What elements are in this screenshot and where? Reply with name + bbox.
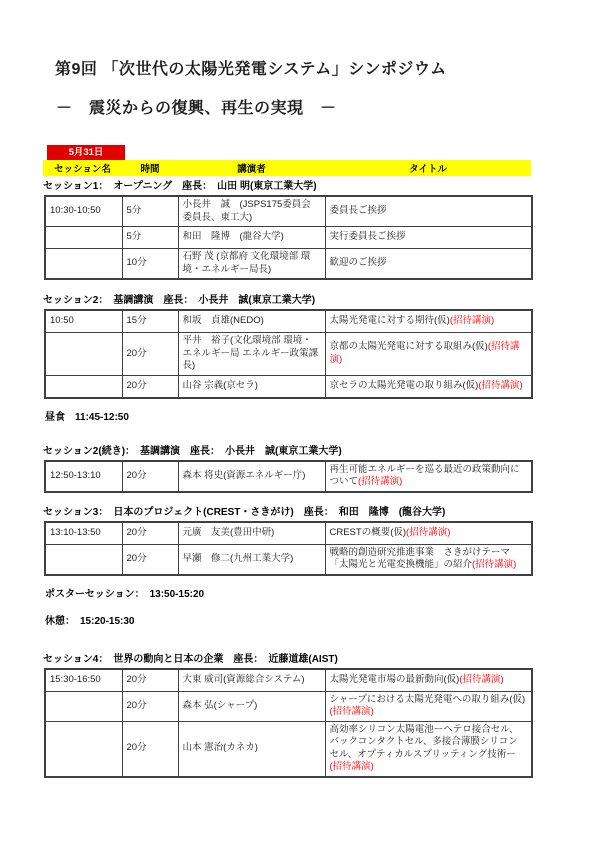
cell-speaker: 石野 茂 (京都府 文化環境部 環境・エネルギー局長) (178, 249, 325, 280)
invited-label: (招待講演) (472, 559, 516, 570)
invited-label: (招待講演) (478, 380, 522, 391)
cell-time-range (45, 721, 122, 777)
talk-title: 高効率シリコン太陽電池ーヘテロ接合セル、バックコンタクトセル、多接合薄膜シリコン… (330, 724, 519, 760)
invited-label: (招待講演) (358, 476, 402, 487)
invited-label: (招待講演) (450, 315, 494, 326)
cell-title: シャープにおける太陽光発電への取り組み(仮)(招待講演) (325, 691, 532, 721)
cell-speaker: 大東 威司(資源総合システム) (178, 669, 325, 692)
session-4-table: 15:30-16:50 20分 大東 威司(資源総合システム) 太陽光発電市場の… (44, 668, 533, 778)
session-3-heading: セッション3： 日本のプロジェクト(CREST・さきがけ) 座長： 和田 隆博 … (43, 506, 595, 519)
table-row: 10分 石野 茂 (京都府 文化環境部 環境・エネルギー局長) 歓迎のご挨拶 (45, 249, 532, 280)
table-row: 15:30-16:50 20分 大東 威司(資源総合システム) 太陽光発電市場の… (45, 669, 532, 692)
cell-duration: 15分 (122, 310, 178, 333)
invited-label: (招待講演) (459, 674, 503, 685)
cell-duration: 20分 (122, 333, 178, 376)
session-1-table: 10:30-10:50 5分 小長井 誠 (JSPS175委員会 委員長、東工大… (44, 195, 533, 280)
cell-title: 再生可能エネルギーを巡る最近の政策動向について(招待講演) (325, 461, 532, 492)
session-2-continued-table: 12:50-13:10 20分 森本 将史(資源エネルギー庁) 再生可能エネルギ… (44, 460, 533, 493)
cell-speaker: 元廣 友美(豊田中研) (178, 522, 325, 545)
column-title: タイトル (325, 161, 531, 175)
cell-time-range: 10:50 (45, 310, 122, 333)
invited-label: (招待講演) (330, 761, 374, 772)
cell-time-range: 12:50-13:10 (45, 461, 122, 492)
cell-speaker: 和田 隆博 (龍谷大学) (178, 227, 325, 249)
column-speaker: 講演者 (178, 161, 325, 175)
table-row: 10:50 15分 和坂 貞雄(NEDO) 太陽光発電に対する期待(仮)(招待講… (45, 310, 532, 333)
cell-time-range (45, 227, 122, 249)
cell-duration: 20分 (122, 375, 178, 398)
table-row: 20分 平井 裕子(文化環境部 環境・エネルギー局 エネルギー政策課長) 京都の… (45, 333, 532, 376)
talk-title: 歓迎のご挨拶 (330, 257, 387, 268)
session-2-heading: セッション2： 基調講演 座長： 小長井 誠(東京工業大学) (43, 294, 595, 307)
cell-duration: 20分 (122, 544, 178, 575)
table-row: 20分 山谷 宗義(京セラ) 京セラの太陽光発電の取り組み(仮)(招待講演) (45, 375, 532, 398)
table-row: 10:30-10:50 5分 小長井 誠 (JSPS175委員会 委員長、東工大… (45, 196, 532, 227)
cell-title: CRESTの概要(仮)(招待講演) (325, 522, 532, 545)
talk-title: CRESTの概要(仮) (330, 527, 407, 538)
talk-title: 委員長ご挨拶 (330, 205, 387, 216)
cell-time-range (45, 333, 122, 376)
cell-duration: 10分 (122, 249, 178, 280)
cell-speaker: 平井 裕子(文化環境部 環境・エネルギー局 エネルギー政策課長) (178, 333, 325, 376)
session-3-table: 13:10-13:50 20分 元廣 友美(豊田中研) CRESTの概要(仮)(… (44, 521, 533, 576)
page-subtitle: － 震災からの復興、再生の実現 － (56, 95, 595, 118)
column-time: 時間 (122, 161, 178, 175)
cell-duration: 20分 (122, 721, 178, 777)
cell-time-range: 10:30-10:50 (45, 196, 122, 227)
talk-title: 太陽光発電に対する期待(仮) (330, 315, 450, 326)
cell-title: 歓迎のご挨拶 (325, 249, 532, 280)
cell-speaker: 和坂 貞雄(NEDO) (178, 310, 325, 333)
break-rest: 休憩： 15:20-15:30 (45, 615, 595, 628)
talk-title: 実行委員長ご挨拶 (330, 231, 406, 242)
cell-duration: 20分 (122, 461, 178, 492)
cell-title: 高効率シリコン太陽電池ーヘテロ接合セル、バックコンタクトセル、多接合薄膜シリコン… (325, 721, 532, 777)
table-row: 20分 山本 憲治(カネカ) 高効率シリコン太陽電池ーヘテロ接合セル、バックコン… (45, 721, 532, 777)
talk-title: 京都の太陽光発電に対する取組み(仮) (330, 341, 488, 352)
cell-time-range (45, 249, 122, 280)
break-lunch: 昼食 11:45-12:50 (45, 411, 595, 424)
session-4-heading: セッション4： 世界の動向と日本の企業 座長： 近藤道雄(AIST) (43, 653, 595, 666)
column-session-name: セッション名 (43, 161, 122, 175)
cell-title: 京セラの太陽光発電の取り組み(仮)(招待講演) (325, 375, 532, 398)
cell-title: 実行委員長ご挨拶 (325, 227, 532, 249)
break-poster-session: ポスターセッション： 13:50-15:20 (45, 588, 595, 601)
cell-title: 委員長ご挨拶 (325, 196, 532, 227)
cell-duration: 5分 (122, 227, 178, 249)
cell-duration: 20分 (122, 669, 178, 692)
table-column-header: セッション名 時間 講演者 タイトル (43, 160, 531, 176)
cell-time-range (45, 375, 122, 398)
talk-title: シャープにおける太陽光発電への取り組み(仮) (330, 694, 526, 705)
page-title: 第9回 「次世代の太陽光発電システム」シンポジウム (55, 56, 595, 79)
session-2-continued-heading: セッション2(続き)： 基調講演 座長： 小長井 誠(東京工業大学) (43, 445, 595, 458)
table-row: 5分 和田 隆博 (龍谷大学) 実行委員長ご挨拶 (45, 227, 532, 249)
cell-speaker: 山谷 宗義(京セラ) (178, 375, 325, 398)
invited-label: (招待講演) (406, 527, 450, 538)
cell-duration: 20分 (122, 691, 178, 721)
session-2-table: 10:50 15分 和坂 貞雄(NEDO) 太陽光発電に対する期待(仮)(招待講… (44, 309, 533, 399)
cell-title: 戦略的創造研究推進事業 さきがけテーマ「太陽光と光電変換機能」の紹介(招待講演) (325, 544, 532, 575)
table-row: 20分 早瀬 修二(九州工業大学) 戦略的創造研究推進事業 さきがけテーマ「太陽… (45, 544, 532, 575)
cell-title: 京都の太陽光発電に対する取組み(仮)(招待講演) (325, 333, 532, 376)
cell-time-range: 13:10-13:50 (45, 522, 122, 545)
date-badge: 5月31日 (47, 145, 125, 160)
cell-duration: 20分 (122, 522, 178, 545)
cell-title: 太陽光発電に対する期待(仮)(招待講演) (325, 310, 532, 333)
table-row: 13:10-13:50 20分 元廣 友美(豊田中研) CRESTの概要(仮)(… (45, 522, 532, 545)
talk-title: 京セラの太陽光発電の取り組み(仮) (330, 380, 479, 391)
cell-time-range (45, 544, 122, 575)
cell-speaker: 山本 憲治(カネカ) (178, 721, 325, 777)
cell-duration: 5分 (122, 196, 178, 227)
cell-speaker: 早瀬 修二(九州工業大学) (178, 544, 325, 575)
cell-time-range (45, 691, 122, 721)
cell-speaker: 小長井 誠 (JSPS175委員会 委員長、東工大) (178, 196, 325, 227)
session-1-heading: セッション1： オープニング 座長： 山田 明(東京工業大学) (43, 180, 595, 193)
invited-label: (招待講演) (330, 706, 374, 717)
cell-title: 太陽光発電市場の最新動向(仮)(招待講演) (325, 669, 532, 692)
cell-speaker: 森本 将史(資源エネルギー庁) (178, 461, 325, 492)
cell-time-range: 15:30-16:50 (45, 669, 122, 692)
table-row: 12:50-13:10 20分 森本 将史(資源エネルギー庁) 再生可能エネルギ… (45, 461, 532, 492)
table-row: 20分 森本 弘(シャープ) シャープにおける太陽光発電への取り組み(仮)(招待… (45, 691, 532, 721)
cell-speaker: 森本 弘(シャープ) (178, 691, 325, 721)
talk-title: 太陽光発電市場の最新動向(仮) (330, 674, 460, 685)
